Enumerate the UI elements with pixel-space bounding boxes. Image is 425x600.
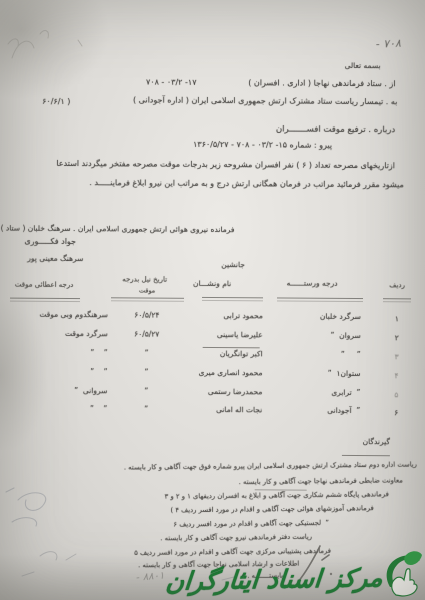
from-document-number: ۱۷- ۰۳/۲ - ۷۰۸ (146, 79, 197, 88)
table-header-rule (111, 297, 184, 302)
handwritten-bottom-number: ۸۸۰۱ - (136, 570, 165, 583)
table-cell-radif: ۴ (382, 372, 410, 380)
recipient-item: فرماندهی پشتیبانی مرکزی جهت آگاهی و اقدا… (134, 548, 331, 558)
table-cell-granted: سروانی ” (12, 387, 107, 396)
recipients-title: گیرندگان (363, 438, 390, 446)
table-cell-date: ” (116, 387, 176, 396)
table-cell-granted: سرهنگدوم وبی موقت (13, 311, 108, 320)
to-line: به . تیمسار ریاست ستاد مشترک ارتش جمهوری… (133, 96, 397, 107)
table-cell-radif: ۵ (382, 391, 410, 399)
table-cell-date: ” (117, 349, 177, 358)
to-date: ( ۶۰/۶/۱ (42, 98, 70, 107)
table-cell-rank: ” ترابری (262, 388, 360, 397)
table-cell-granted: سرگرد موقت (13, 330, 108, 339)
table-cell-date: ” (116, 405, 176, 414)
table-cell-rank: ” آجودانی (262, 406, 360, 415)
signature-deputy-name: سرهنگ معینی پور (27, 255, 83, 264)
subject-line: درباره . ترفیع موقت افســـــــران (276, 125, 395, 135)
table-cell-rank: ” ” (263, 350, 361, 359)
table-cell-date: ” (116, 368, 176, 377)
table-cell-rank: سرگرد خلبان (263, 312, 361, 321)
table-cell-radif: ۳ (383, 353, 411, 361)
table-cell-radif: ۱ (383, 315, 411, 323)
table-header-rank: درجه ورستــــــه (263, 279, 361, 288)
recipients-title-rule (342, 455, 390, 456)
recipient-item: ریاست اداره دوم ستاد مشترک ارتش جمهوری ا… (124, 461, 417, 472)
recipient-item: معاونت ضابطی فرماندهی نهاجا جهت آگاهی و … (239, 477, 403, 486)
table-header-rule (10, 298, 80, 302)
table-header-rule (202, 297, 263, 301)
body-line-2: میشود مقرر فرمائید مراتب در فرمان همگانی… (89, 179, 404, 190)
recipient-item: فرماندهی آموزشهای هوائی جهت آگاهی و اقدا… (170, 505, 373, 515)
table-cell-granted: ” ” (13, 349, 108, 358)
signature-name: جواد فکـــــوری (24, 238, 76, 247)
table-cell-rank: ستوان۱ ” (262, 369, 360, 378)
table-header-radif: ردیف (383, 282, 411, 290)
archive-watermark-text: مرکز اسناد ایثارگران (165, 563, 385, 596)
body-line-1: ازتاریخهای مصرحه تعداد ( ۶ ) نفر افسران … (56, 160, 395, 171)
table-cell-granted: ” ” (12, 405, 107, 414)
table-cell-granted: ” ” (12, 368, 107, 377)
table-header-date: تاریخ نیل بدرجه (107, 276, 182, 284)
table-header-granted: درجه اعطائی موقت (8, 282, 80, 290)
signature-deputy-label: جانشین (221, 261, 245, 269)
from-line: از . ستاد فرماندهی نهاجا ( اداری . افسرا… (248, 79, 395, 89)
recipient-item: ” لجستیکی جهت آگاهی و اقدام در مورد افسر… (173, 520, 329, 529)
table-cell-date: ۶۰/۵/۲۴ (117, 311, 177, 320)
table-header-rule (383, 298, 411, 302)
signature-title: فرمانده نیروی هوائی ارتش جمهوری اسلامی ا… (1, 225, 235, 235)
table-cell-radif: ۶ (382, 409, 410, 417)
table-cell-date: ۶۰/۵/۲۷ (117, 330, 177, 339)
table-header-date-2: موقت (127, 287, 167, 294)
table-header-rule (277, 297, 363, 302)
reference-line: پیرو : شماره ۱۵- ۰۳/۲ - ۷۰۸ - ۱۳۶۰/۵/۲۷ (193, 141, 332, 151)
recipient-item: ریاست دفتر فرماندهی نیرو جهت آگاهی و کار… (161, 534, 313, 543)
document-content: ۷۰۸ - بسمه تعالی از . ستاد فرماندهی نهاج… (0, 0, 425, 600)
table-cell-rank: سروان ” (263, 331, 361, 340)
handwritten-top-number: ۷۰۸ - (375, 38, 401, 51)
table-cell-radif: ۲ (383, 334, 411, 342)
name-underline (203, 347, 260, 348)
besmellah-line: بسمه تعالی (345, 62, 381, 71)
hand-holding-tulip-icon (382, 549, 424, 597)
recipient-item: فرماندهی پایگاه ششم شکاری جهت آگاهی و اب… (164, 491, 388, 501)
